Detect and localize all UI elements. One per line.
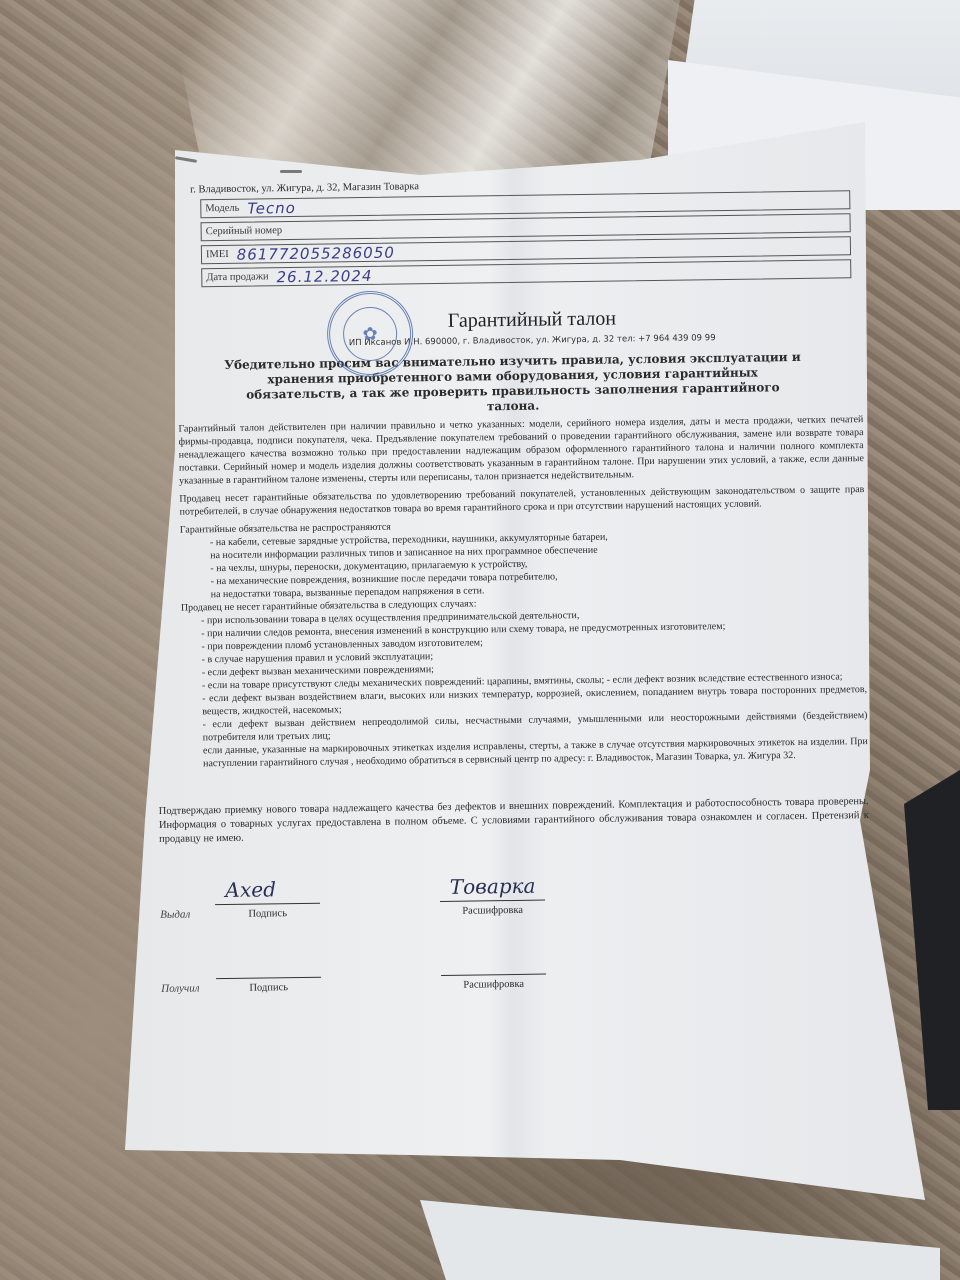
- paragraph: Гарантийный талон действителен при налич…: [178, 413, 864, 488]
- no-warranty-list: - при использовании товара в целях осуще…: [181, 605, 868, 771]
- signature-caption: Подпись: [215, 908, 320, 920]
- signature-line: [216, 951, 321, 979]
- signature-line: Ахеd: [215, 877, 320, 905]
- signature-role: Получил: [161, 982, 216, 995]
- confirmation-text: Подтверждаю приемку нового товара надлеж…: [159, 795, 870, 847]
- field-value: 26.12.2024: [276, 266, 372, 285]
- handwritten-decode: Товарка: [450, 874, 536, 899]
- notice: Убедительно просим вас внимательно изучи…: [222, 350, 803, 418]
- handwritten-signature: Ахеd: [225, 877, 276, 902]
- paragraph: Продавец несет гарантийные обязательства…: [179, 483, 864, 519]
- field-value: Tecno: [247, 198, 296, 217]
- field-value: 861772055286050: [237, 243, 395, 263]
- exclusions-list: - на кабели, сетевые зарядные устройства…: [180, 527, 866, 602]
- signature-row-issued: Выдал Ахеd Подпись Товарка Расшифровка: [160, 869, 881, 921]
- signature-caption: Подпись: [216, 982, 321, 994]
- decode-line: Товарка: [440, 874, 545, 902]
- decode-caption: Расшифровка: [441, 979, 546, 991]
- warranty-document: г. Владивосток, ул. Жигура, д. 32, Магаз…: [150, 175, 881, 995]
- terms-body: Гарантийный талон действителен при налич…: [178, 413, 868, 771]
- decode-line: [441, 948, 546, 976]
- signature-role: Выдал: [160, 908, 215, 921]
- title-block: ✿ Гарантийный талон ИП Иксанов И.Н. 6900…: [152, 304, 872, 351]
- field-sale-date: Дата продажи 26.12.2024: [201, 259, 851, 287]
- decode-caption: Расшифровка: [440, 905, 545, 917]
- staple: [280, 170, 302, 173]
